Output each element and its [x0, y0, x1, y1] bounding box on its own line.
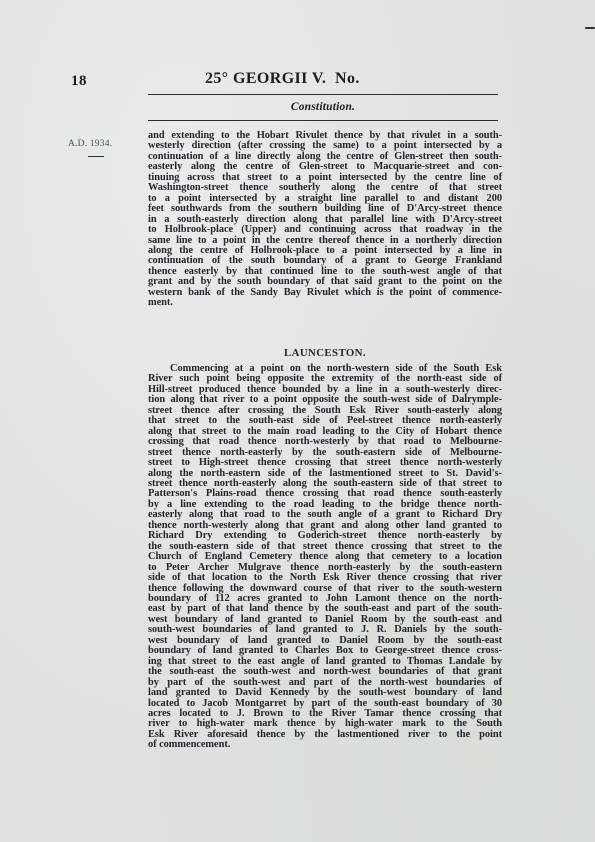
- margin-note-dash: [88, 156, 104, 157]
- page-number: 18: [71, 73, 87, 90]
- margin-note-year: A.D. 1934.: [68, 139, 112, 149]
- text-line: of commencement.: [148, 740, 502, 750]
- header-rule-bottom: [148, 120, 498, 121]
- text-line: street to High-street thence crossing th…: [148, 458, 502, 468]
- section-heading-launceston: LAUNCESTON.: [148, 347, 502, 359]
- header-rule-top: [148, 94, 498, 95]
- text-line: western bank of the Sandy Bay Rivulet wh…: [148, 288, 502, 298]
- text-line: to Holbrook-place (Upper) and continuing…: [148, 225, 502, 235]
- text-line: ment.: [148, 298, 502, 308]
- page-edge-mark: [585, 27, 595, 29]
- text-line: land granted to David Kennedy by the sou…: [148, 688, 502, 698]
- running-title: 25° GEORGII V. No.: [205, 70, 360, 88]
- paragraph-hobart-boundary: and extending to the Hobart Rivulet then…: [148, 131, 502, 309]
- document-page: 18 25° GEORGII V. No. Constitution. A.D.…: [0, 0, 595, 842]
- subject-heading: Constitution.: [148, 101, 498, 113]
- paragraph-launceston-boundary: Commencing at a point on the north-weste…: [148, 364, 502, 751]
- text-line: side of that location to the North Esk R…: [148, 573, 502, 583]
